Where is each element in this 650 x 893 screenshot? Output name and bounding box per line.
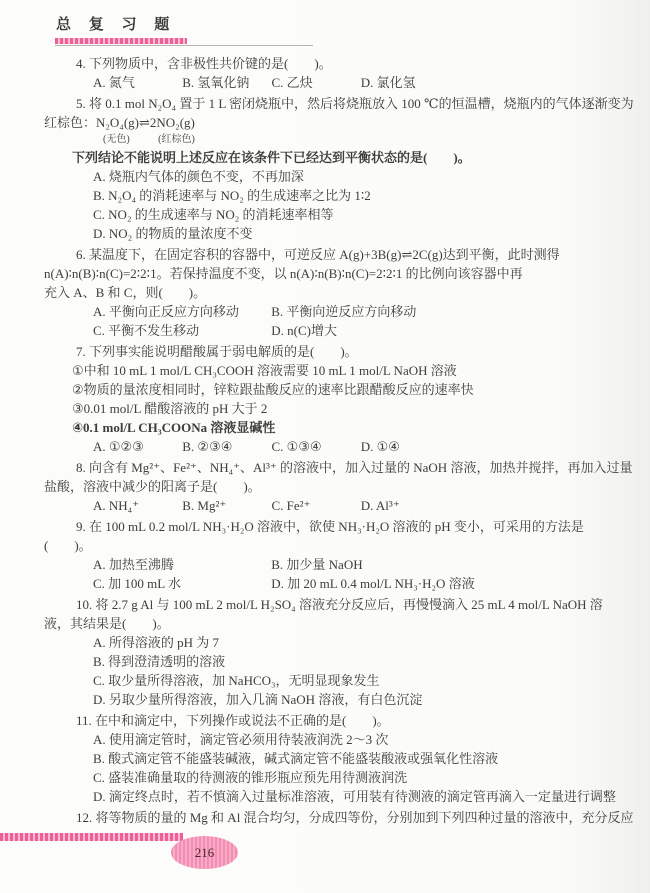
statement-2: ②物质的量浓度相同时，锌粒跟盐酸反应的速率比跟醋酸反应的速率快	[44, 380, 612, 399]
page-number: 216	[195, 845, 215, 861]
header-rule	[55, 37, 313, 46]
question-7: 7. 下列事实能说明醋酸属于弱电解质的是( )。 ①中和 10 mL 1 mol…	[44, 342, 612, 456]
statement-4: ④0.1 mol/L CH₃COONa 溶液显碱性	[44, 418, 612, 437]
statement-3: ③0.01 mol/L 醋酸溶液的 pH 大于 2	[44, 399, 612, 418]
question-stem: 10. 将 2.7 g Al 与 100 mL 2 mol/L H₂SO₄ 溶液…	[44, 595, 612, 614]
header-stripe-bar	[55, 38, 187, 44]
option-c: C. ①③④	[272, 437, 358, 456]
equation-state-labels: (无色) (红棕色)	[44, 132, 612, 148]
option-b: B. 酸式滴定管不能盛装碱液，碱式滴定管不能盛装酸液或强氧化性溶液	[44, 749, 612, 768]
question-stem-continued: n(A)∶n(B)∶n(C)=2∶2∶1。若保持温度不变，以 n(A)∶n(B)…	[44, 264, 612, 283]
label-colorless: (无色)	[103, 134, 130, 145]
statement-1: ①中和 10 mL 1 mol/L CH₃COOH 溶液需要 10 mL 1 m…	[44, 361, 612, 380]
option-b: B. N₂O₄ 的消耗速率与 NO₂ 的生成速率之比为 1∶2	[44, 186, 612, 205]
question-stem: 8. 向含有 Mg²⁺、Fe²⁺、NH₄⁺、Al³⁺ 的溶液中，加入过量的 Na…	[44, 458, 612, 477]
question-stem-continued: 充入 A、B 和 C，则( )。	[44, 283, 612, 302]
option-b: B. ②③④	[182, 437, 268, 456]
option-a: A. 烧瓶内气体的颜色不变，不再加深	[44, 167, 612, 186]
question-stem: 9. 在 100 mL 0.2 mol/L NH₃·H₂O 溶液中，欲使 NH₃…	[44, 517, 612, 536]
question-5: 5. 将 0.1 mol N₂O₄ 置于 1 L 密闭烧瓶中，然后将烧瓶放入 1…	[44, 94, 612, 243]
question-12: 12. 将等物质的量的 Mg 和 Al 混合均匀，分成四等份，分别加到下列四种过…	[44, 808, 612, 827]
question-stem: 12. 将等物质的量的 Mg 和 Al 混合均匀，分成四等份，分别加到下列四种过…	[44, 808, 612, 827]
option-d: D. 另取少量所得溶液，加入几滴 NaOH 溶液，有白色沉淀	[44, 690, 612, 709]
page-title: 总 复 习 题	[0, 0, 650, 37]
options-row: A. 氮气 B. 氢氧化钠 C. 乙炔 D. 氯化氢	[44, 73, 612, 92]
options-row: A. NH₄⁺ B. Mg²⁺ C. Fe²⁺ D. Al³⁺	[44, 496, 612, 515]
option-d: D. Al³⁺	[361, 496, 400, 515]
equation-line: 红棕色：N₂O₄(g)⇌2NO₂(g)	[44, 113, 612, 132]
option-c: C. 平衡不发生移动	[93, 321, 268, 340]
question-stem: 11. 在中和滴定中，下列操作或说法不正确的是( )。	[44, 711, 612, 730]
question-stem: 7. 下列事实能说明醋酸属于弱电解质的是( )。	[44, 342, 612, 361]
option-a: A. NH₄⁺	[93, 496, 179, 515]
option-c: C. 盛装准确量取的待测液的锥形瓶应预先用待测液润洗	[44, 768, 612, 787]
option-d: D. 滴定终点时，若不慎滴入过量标准溶液，可用装有待测液的滴定管再滴入一定量进行…	[44, 787, 612, 806]
question-9: 9. 在 100 mL 0.2 mol/L NH₃·H₂O 溶液中，欲使 NH₃…	[44, 517, 612, 593]
question-stem-continued: 下列结论不能说明上述反应在该条件下已经达到平衡状态的是( )。	[44, 148, 612, 167]
option-a: A. 所得溶液的 pH 为 7	[44, 633, 612, 652]
question-11: 11. 在中和滴定中，下列操作或说法不正确的是( )。 A. 使用滴定管时，滴定…	[44, 711, 612, 806]
option-d: D. 氯化氢	[361, 73, 416, 92]
option-c: C. Fe²⁺	[272, 496, 358, 515]
option-b: B. 得到澄清透明的溶液	[44, 652, 612, 671]
option-c: C. 取少量所得溶液，加 NaHCO₃，无明显现象发生	[44, 671, 612, 690]
options-row: C. 加 100 mL 水 D. 加 20 mL 0.4 mol/L NH₃·H…	[44, 574, 612, 593]
label-red-brown: (红棕色)	[158, 134, 195, 145]
option-c: C. NO₂ 的生成速率与 NO₂ 的消耗速率相等	[44, 205, 612, 224]
options-row: A. ①②③ B. ②③④ C. ①③④ D. ①④	[44, 437, 612, 456]
page-number-badge: 216	[171, 836, 238, 869]
option-b: B. 平衡向逆反应方向移动	[271, 302, 416, 321]
option-b: B. 氢氧化钠	[182, 73, 268, 92]
question-stem-continued: ( )。	[44, 536, 612, 555]
question-10: 10. 将 2.7 g Al 与 100 mL 2 mol/L H₂SO₄ 溶液…	[44, 595, 612, 709]
question-stem-continued: 盐酸，溶液中减少的阳离子是( )。	[44, 477, 612, 496]
question-stem: 6. 某温度下，在固定容积的容器中，可逆反应 A(g)+3B(g)⇌2C(g)达…	[44, 245, 612, 264]
option-d: D. 加 20 mL 0.4 mol/L NH₃·H₂O 溶液	[271, 574, 474, 593]
option-c: C. 乙炔	[272, 73, 358, 92]
option-d: D. NO₂ 的物质的量浓度不变	[44, 224, 612, 243]
option-d: D. ①④	[361, 437, 400, 456]
option-b: B. 加少量 NaOH	[271, 555, 362, 574]
option-a: A. ①②③	[93, 437, 179, 456]
questions-list: 4. 下列物质中，含非极性共价键的是( )。 A. 氮气 B. 氢氧化钠 C. …	[0, 46, 650, 827]
question-stem: 5. 将 0.1 mol N₂O₄ 置于 1 L 密闭烧瓶中，然后将烧瓶放入 1…	[44, 94, 612, 113]
option-c: C. 加 100 mL 水	[93, 574, 268, 593]
question-8: 8. 向含有 Mg²⁺、Fe²⁺、NH₄⁺、Al³⁺ 的溶液中，加入过量的 Na…	[44, 458, 612, 515]
question-4: 4. 下列物质中，含非极性共价键的是( )。 A. 氮气 B. 氢氧化钠 C. …	[44, 54, 612, 92]
textbook-page: 总 复 习 题 4. 下列物质中，含非极性共价键的是( )。 A. 氮气 B. …	[0, 0, 650, 893]
question-stem: 4. 下列物质中，含非极性共价键的是( )。	[44, 54, 612, 73]
options-row: C. 平衡不发生移动 D. n(C)增大	[44, 321, 612, 340]
options-row: A. 加热至沸腾 B. 加少量 NaOH	[44, 555, 612, 574]
question-6: 6. 某温度下，在固定容积的容器中，可逆反应 A(g)+3B(g)⇌2C(g)达…	[44, 245, 612, 340]
page-header: 总 复 习 题	[0, 0, 650, 46]
options-row: A. 平衡向正反应方向移动 B. 平衡向逆反应方向移动	[44, 302, 612, 321]
question-stem-continued: 液，其结果是( )。	[44, 614, 612, 633]
option-a: A. 平衡向正反应方向移动	[93, 302, 268, 321]
option-d: D. n(C)增大	[271, 321, 337, 340]
option-b: B. Mg²⁺	[182, 496, 268, 515]
option-a: A. 使用滴定管时，滴定管必须用待装液润洗 2～3 次	[44, 730, 612, 749]
option-a: A. 氮气	[93, 73, 179, 92]
option-a: A. 加热至沸腾	[93, 555, 268, 574]
footer-stripe-bar	[0, 833, 183, 841]
